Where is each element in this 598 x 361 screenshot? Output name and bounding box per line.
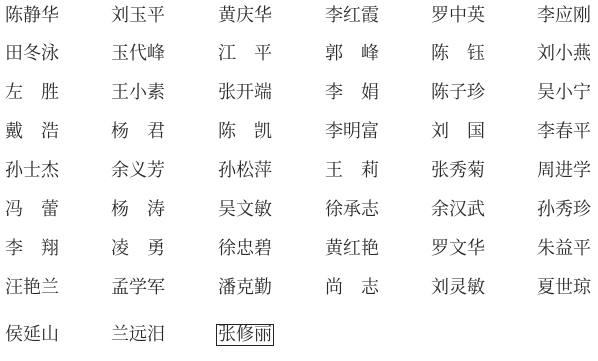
name-entry: 黄红艳 <box>325 238 379 260</box>
name-entry: 余汉武 <box>431 199 485 221</box>
name-entry: 徐承志 <box>325 199 379 221</box>
name-entry: 郭 峰 <box>325 43 379 65</box>
name-entry: 李应刚 <box>537 5 591 27</box>
name-entry: 李春平 <box>537 121 591 143</box>
name-entry: 孙士杰 <box>5 160 59 182</box>
name-entry: 杨 君 <box>111 121 165 143</box>
name-entry: 余义芳 <box>111 160 165 182</box>
name-entry: 刘玉平 <box>111 5 165 27</box>
name-entry: 张秀菊 <box>431 160 485 182</box>
name-entry: 刘 国 <box>431 121 485 143</box>
name-entry: 孟学军 <box>111 277 165 299</box>
name-entry: 李明富 <box>325 121 379 143</box>
name-entry: 冯 蕾 <box>5 199 59 221</box>
name-entry: 朱益平 <box>537 238 591 260</box>
name-entry: 黄庆华 <box>218 5 272 27</box>
name-entry: 徐忠碧 <box>218 238 272 260</box>
name-entry: 陈子珍 <box>431 82 485 104</box>
name-entry: 尚 志 <box>325 277 379 299</box>
name-list: 陈静华刘玉平黄庆华李红霞罗中英李应刚田冬泳玉代峰江 平郭 峰陈 钰刘小燕左 胜王… <box>0 0 598 361</box>
name-entry: 罗文华 <box>431 238 485 260</box>
name-entry: 左 胜 <box>5 82 59 104</box>
name-entry: 杨 涛 <box>111 199 165 221</box>
name-entry: 刘小燕 <box>537 43 591 65</box>
name-entry: 陈 钰 <box>431 43 485 65</box>
name-entry: 侯延山 <box>5 324 59 346</box>
name-entry: 吴文敏 <box>218 199 272 221</box>
name-entry: 陈静华 <box>5 5 59 27</box>
name-entry: 玉代峰 <box>111 43 165 65</box>
name-entry: 凌 勇 <box>111 238 165 260</box>
name-entry: 夏世琼 <box>537 277 591 299</box>
name-entry: 周进学 <box>537 160 591 182</box>
name-entry: 孙松萍 <box>218 160 272 182</box>
name-entry: 吴小宁 <box>537 82 591 104</box>
name-entry: 王 莉 <box>325 160 379 182</box>
name-entry: 罗中英 <box>431 5 485 27</box>
name-entry: 张开端 <box>218 82 272 104</box>
name-entry: 刘灵敏 <box>431 277 485 299</box>
highlighted-name: 张修丽 <box>216 324 274 346</box>
name-entry: 孙秀珍 <box>537 199 591 221</box>
name-entry: 陈 凯 <box>218 121 272 143</box>
name-entry: 田冬泳 <box>5 43 59 65</box>
name-entry: 李红霞 <box>325 5 379 27</box>
name-entry: 潘克勤 <box>218 277 272 299</box>
name-entry: 王小素 <box>111 82 165 104</box>
name-entry: 戴 浩 <box>5 121 59 143</box>
name-entry: 李 翔 <box>5 238 59 260</box>
name-entry: 兰远汨 <box>111 324 165 346</box>
name-entry: 江 平 <box>218 43 272 65</box>
name-entry: 汪艳兰 <box>5 277 59 299</box>
name-entry: 李 娟 <box>325 82 379 104</box>
